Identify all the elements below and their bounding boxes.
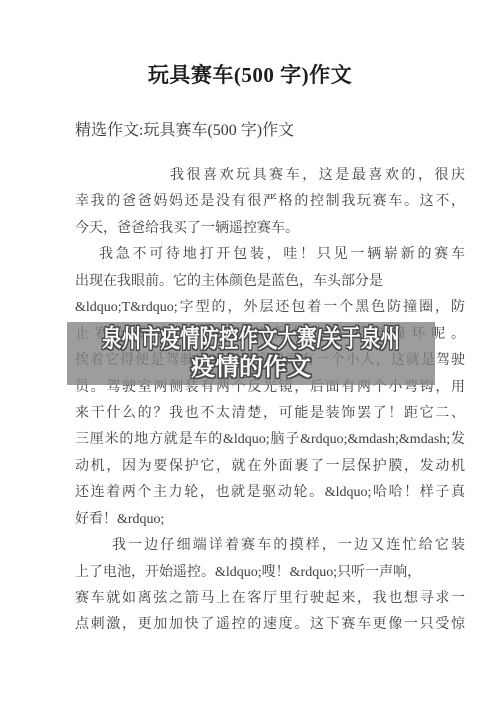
- page-title: 玩具赛车(500 字)作文: [0, 59, 500, 89]
- watermark-line-1: 泉州市疫情防控作文大赛/关于泉州: [102, 325, 400, 354]
- watermark-line-2: 疫情的作文: [191, 354, 311, 382]
- essay-line: 我一边仔细端详着赛车的摸样，一边又连忙给它装: [75, 533, 465, 559]
- essay-line: 点刺激，更加加快了遥控的速度。这下赛车更像一只受惊: [75, 612, 465, 638]
- essay-line: 我急不可待地打开包装，哇！只见一辆崭新的赛车: [75, 242, 465, 268]
- essay-line: &ldquo;T&rdquo;字型的，外层还包着一个黑色防撞圈，防: [75, 295, 465, 321]
- essay-line: 我很喜欢玩具赛车，这是最喜欢的，很庆: [75, 163, 465, 189]
- essay-line: 三厘米的地方就是车的&ldquo;脑子&rdquo;&mdash;&mdash;…: [75, 427, 465, 453]
- essay-line: 幸我的爸爸妈妈还是没有很严格的控制我玩赛车。这不，: [75, 189, 465, 215]
- document-page: 玩具赛车(500 字)作文 精选作文:玩具赛车(500 字)作文 我很喜欢玩具赛…: [0, 0, 500, 706]
- essay-line: 赛车就如离弦之箭马上在客厅里行驶起来，我也想寻求一: [75, 586, 465, 612]
- essay-line: 动机，因为要保护它，就在外面裹了一层保护膜，发动机: [75, 454, 465, 480]
- essay-line: 来干什么的？我也不太清楚，可能是装饰罢了！距它二、: [75, 401, 465, 427]
- essay-line: 还连着两个主力轮，也就是驱动轮。&ldquo;哈哈！样子真: [75, 480, 465, 506]
- byline: 精选作文:玩具赛车(500 字)作文: [75, 117, 294, 140]
- essay-line: 今天，爸爸给我买了一辆遥控赛车。: [75, 216, 465, 242]
- essay-line: 上了电池，开始遥控。&ldquo;嗖！&rdquo;只听一声响，: [75, 560, 465, 586]
- essay-line: 出现在我眼前。它的主体颜色是蓝色，车头部分是: [75, 269, 465, 295]
- essay-body: 我很喜欢玩具赛车，这是最喜欢的，很庆幸我的爸爸妈妈还是没有很严格的控制我玩赛车。…: [75, 163, 465, 639]
- essay-line: 好看！&rdquo;: [75, 507, 465, 533]
- watermark-overlay: 泉州市疫情防控作文大赛/关于泉州 疫情的作文: [67, 322, 435, 385]
